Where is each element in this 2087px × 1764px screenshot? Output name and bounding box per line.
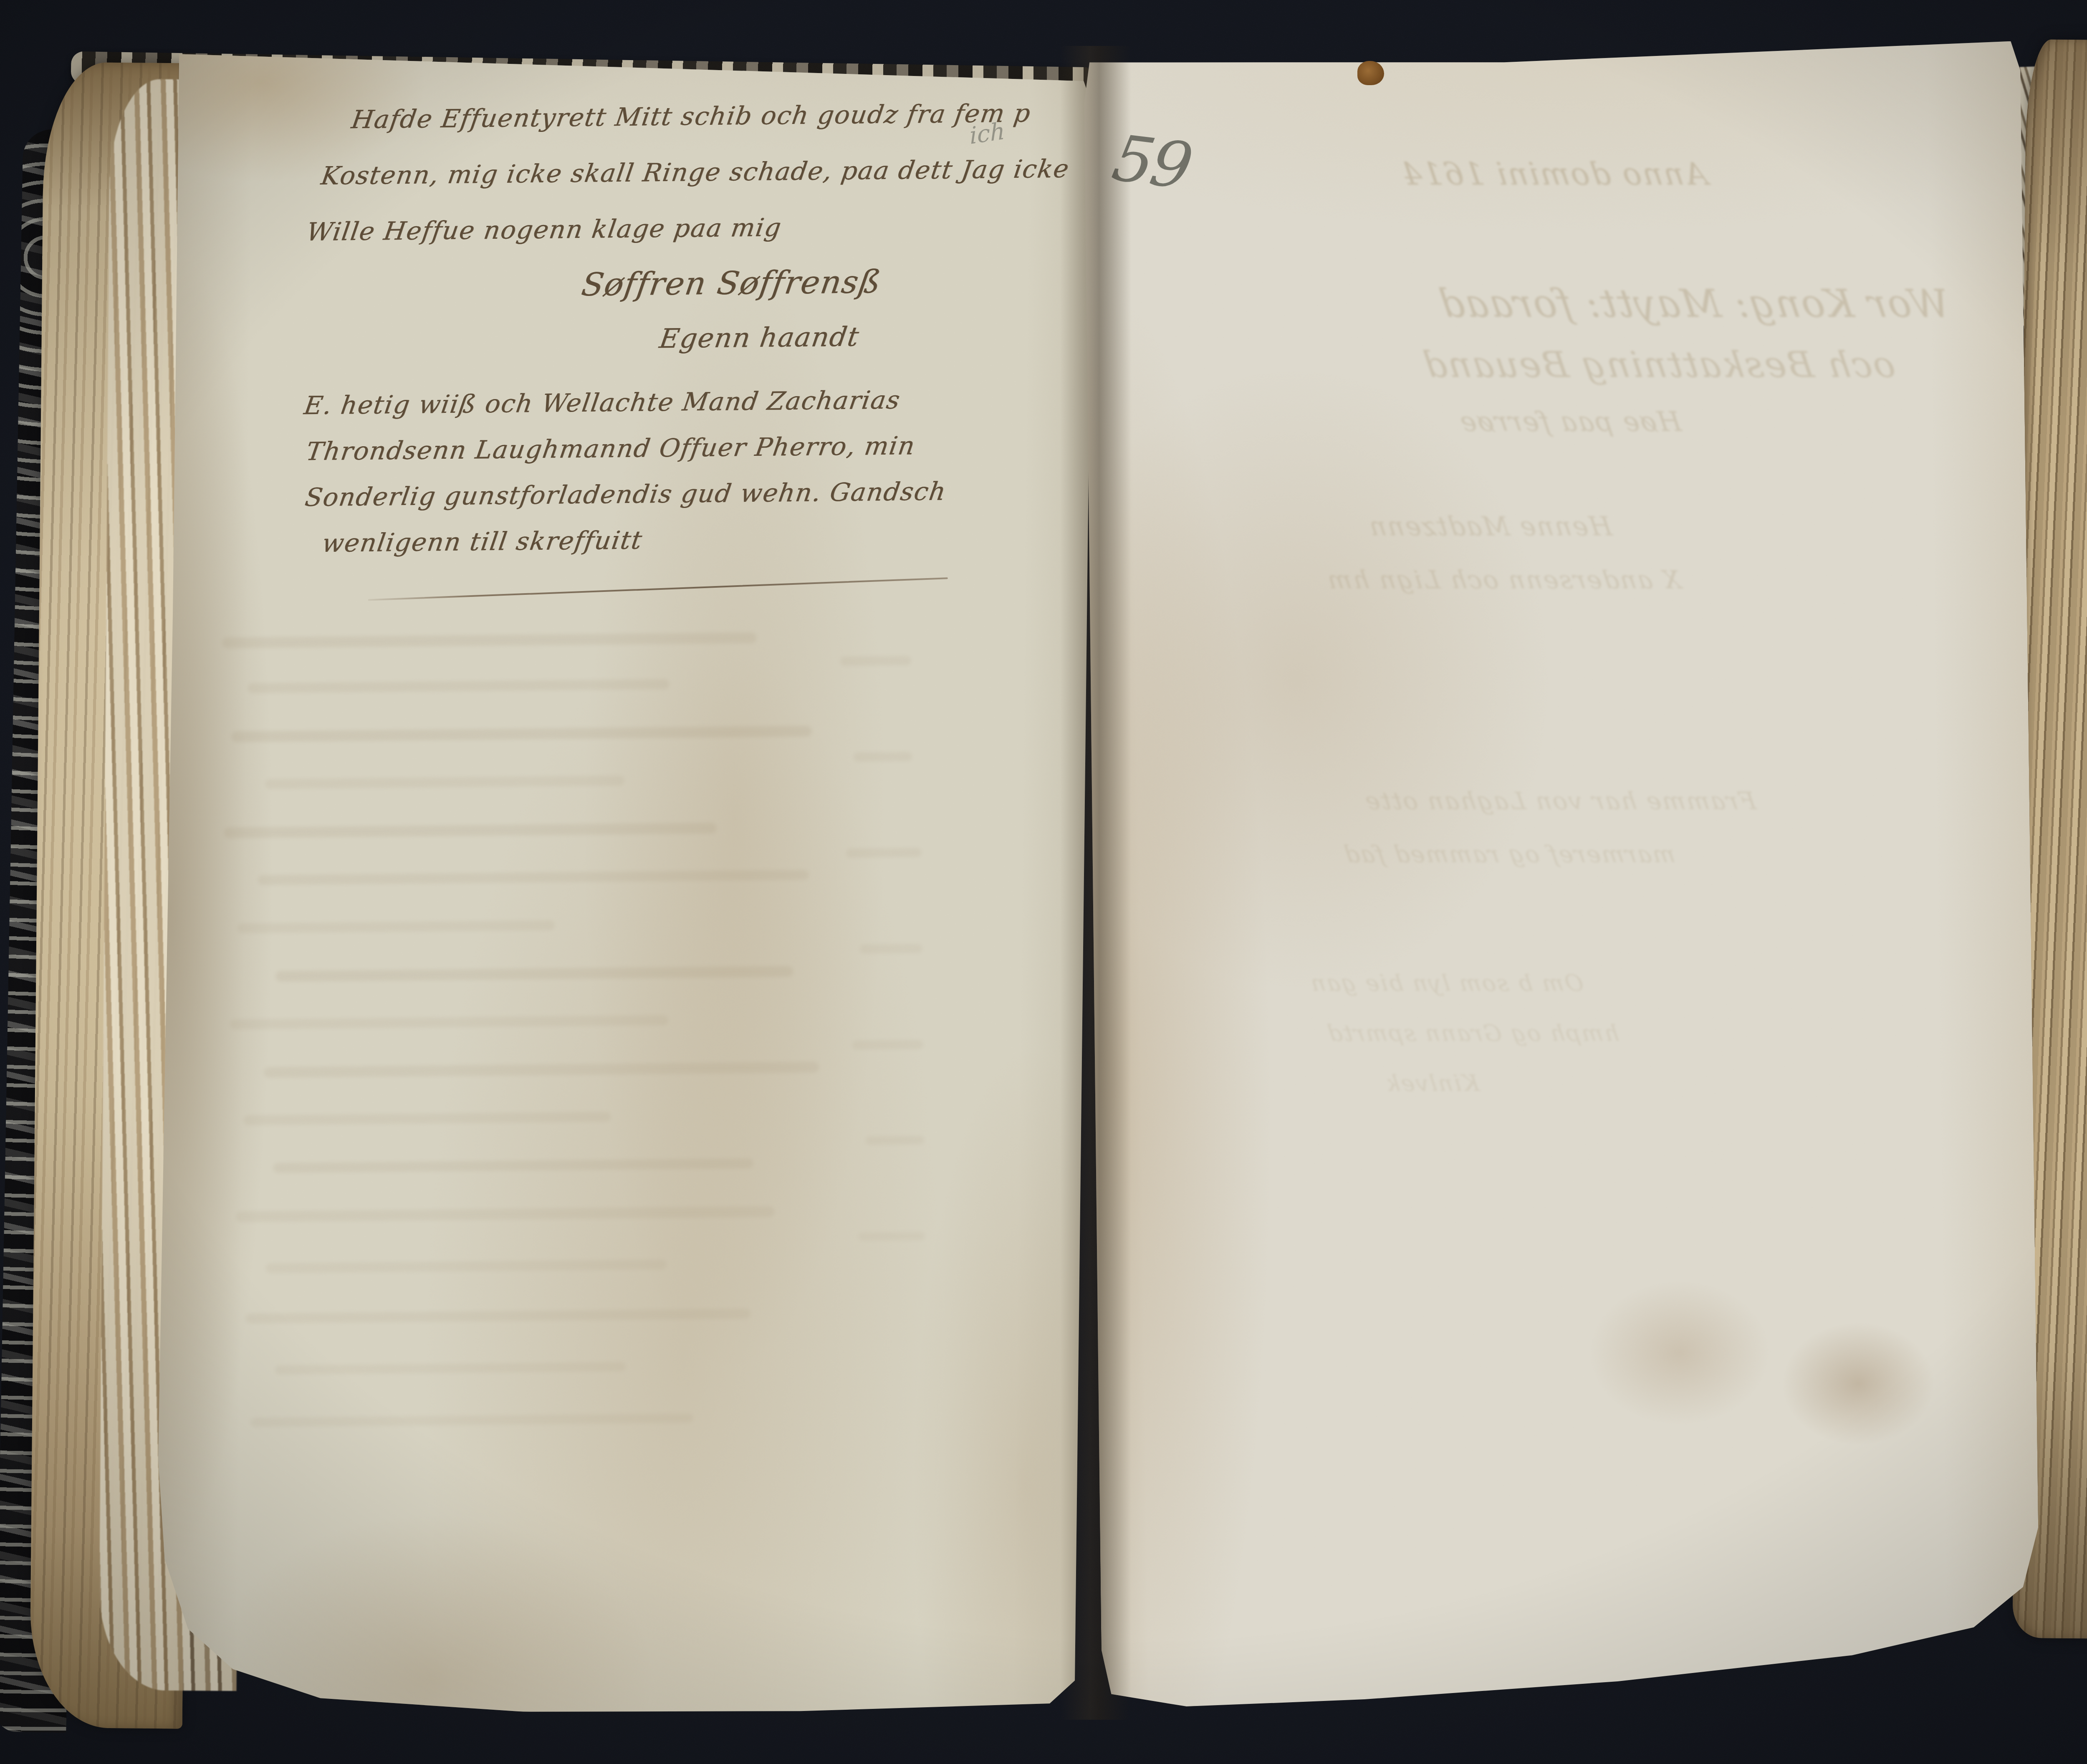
ghost-line <box>250 1413 693 1427</box>
ghost-line <box>222 632 756 648</box>
ghost-line <box>854 752 912 761</box>
bleedthrough-line: hmph og Grann spmrtd <box>1325 1020 1621 1046</box>
ink-divider-line <box>368 577 948 601</box>
bleedthrough-line: marmeref og rammed fad <box>1341 841 1677 868</box>
right-page: 59 Anno domini 1614Wor Kong: Maytt: fora… <box>1082 41 2040 1707</box>
ghost-line <box>846 848 921 858</box>
ghost-line <box>840 656 911 666</box>
ghost-line <box>231 726 811 742</box>
ghost-line <box>275 1362 626 1375</box>
left-page: Hafde Effuentyrett Mitt schib och goudz … <box>154 49 1093 1717</box>
bleedthrough-line: Anno domini 1614 <box>1398 156 1710 192</box>
ghost-line <box>243 1112 611 1125</box>
manuscript-line: Kostenn, mig icke skall Ringe schade, pa… <box>319 154 1071 191</box>
ghost-line <box>248 679 669 693</box>
ghost-line <box>859 944 922 953</box>
ghost-line <box>852 1040 923 1050</box>
pencil-annotation: ich <box>969 117 1006 150</box>
photo-backdrop: Hafde Effuentyrett Mitt schib och goudz … <box>0 0 2087 1764</box>
ghost-line <box>236 1206 775 1222</box>
ghost-line <box>245 1309 750 1324</box>
right-page-marks: 59 Anno domini 1614Wor Kong: Maytt: fora… <box>1092 47 2030 1702</box>
ghost-line <box>273 1158 753 1173</box>
manuscript-line: wenligenn till skreffuitt <box>320 526 644 558</box>
ghost-line <box>258 870 809 885</box>
manuscript-line: Throndsenn Laughmannd Offuer Pherro, min <box>304 431 917 466</box>
ghost-line <box>224 823 717 838</box>
ghost-line <box>238 920 555 933</box>
manuscript-line: Wille Heffue nogenn klage paa mig <box>305 213 783 247</box>
manuscript-text-block: Hafde Effuentyrett Mitt schib och goudz … <box>154 49 1093 1717</box>
ghost-line <box>230 1015 668 1029</box>
bleedthrough-line: och Beskattning Beuand <box>1420 344 1898 386</box>
bleedthrough-line: Framme har von Laghan otte <box>1362 786 1758 815</box>
bleedthrough-line: X andersenn och Lign hm <box>1324 565 1683 594</box>
ghost-line <box>265 776 624 789</box>
ghost-line <box>266 1259 667 1273</box>
manuscript-line: Sonderlig gunstforladendis gud wehn. Gan… <box>303 477 948 512</box>
bleedthrough-line: Wor Kong: Maytt: foraad <box>1435 281 1952 326</box>
manuscript-line: E. hetig wiiß och Wellachte Mand Zachari… <box>302 386 902 421</box>
ghost-line <box>866 1136 924 1145</box>
bleedthrough-line: Høe paa ferrøe <box>1457 407 1683 437</box>
signature-name: Søffren Søffrensß <box>579 263 884 303</box>
gutter-debris-speck <box>1357 61 1384 85</box>
manuscript-line: Hafde Effuentyrett Mitt schib och goudz … <box>349 99 1033 135</box>
signature-own-hand: Egenn haandt <box>657 321 862 354</box>
bleedthrough-line: Om b som lyn bie gan <box>1308 970 1585 996</box>
folio-number-pencil: 59 <box>1107 121 1196 203</box>
ghost-line <box>858 1232 925 1241</box>
ghost-line <box>264 1062 819 1078</box>
ghost-line <box>275 966 793 982</box>
bleedthrough-line: Kinlvek <box>1383 1070 1481 1097</box>
bleedthrough-line: Henne Madtzenn <box>1366 511 1614 541</box>
